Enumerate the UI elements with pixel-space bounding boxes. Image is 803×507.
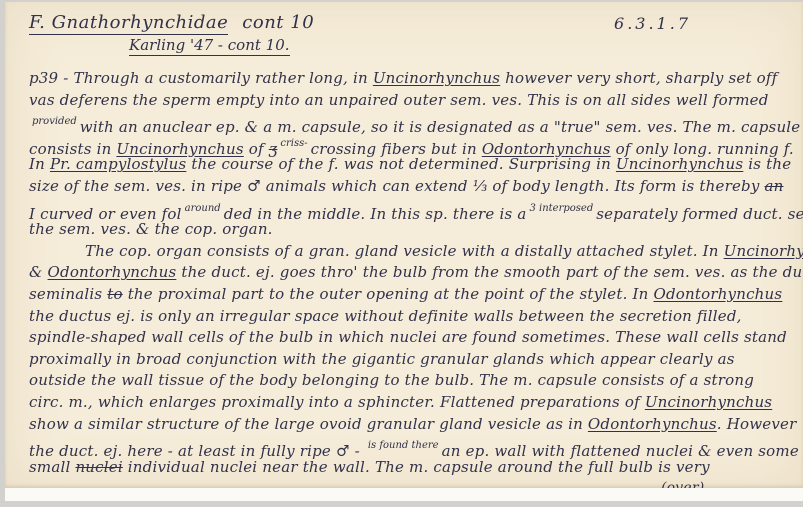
inserted-text: 3 interposed	[529, 203, 593, 214]
handwritten-line: The cop. organ consists of a gran. gland…	[29, 241, 789, 263]
text-segment: In	[29, 155, 50, 173]
text-segment: &	[29, 263, 48, 281]
scan-bottom-strip	[5, 488, 803, 501]
underlined-taxon: Uncinorhynchus	[645, 393, 772, 411]
family-name: F. Gnathorhynchidae	[29, 12, 228, 35]
handwritten-line: consists in Uncinorhynchus of ʒcriss-cro…	[29, 133, 789, 155]
text-segment: show a similar structure of the large ov…	[29, 415, 588, 433]
underlined-taxon: Odontorhynchus	[653, 285, 782, 303]
handwritten-line: proximally in broad conjunction with the…	[29, 349, 789, 371]
underlined-taxon: Odontorhynchus	[588, 415, 717, 433]
struck-text: an	[764, 177, 783, 195]
text-segment: individual nuclei near the wall. The m. …	[123, 458, 710, 476]
handwritten-line: In Pr. campylostylus the course of the f…	[29, 154, 789, 176]
underlined-taxon: Uncinorhynchus	[724, 242, 803, 260]
text-segment: is the	[743, 155, 791, 173]
underlined-taxon: Odontorhynchus	[48, 263, 177, 281]
card-header: F. Gnathorhynchidaecont 10 6.3.1.7	[29, 12, 789, 33]
catalog-number: 6.3.1.7	[614, 14, 691, 33]
text-segment: seminalis	[29, 285, 107, 303]
note-card: F. Gnathorhynchidaecont 10 6.3.1.7 Karli…	[5, 2, 803, 488]
handwritten-line: small nuclei individual nuclei near the …	[29, 457, 789, 479]
text-segment: . However	[717, 415, 797, 433]
handwritten-line: the duct. ej. here - at least in fully r…	[29, 435, 789, 457]
handwritten-line: the ductus ej. is only an irregular spac…	[29, 306, 789, 328]
text-segment: The cop. organ consists of a gran. gland…	[85, 242, 724, 260]
handwritten-line: vas deferens the sperm empty into an unp…	[29, 90, 789, 112]
scanned-page: F. Gnathorhynchidaecont 10 6.3.1.7 Karli…	[0, 0, 803, 507]
underlined-taxon: Uncinorhynchus	[373, 69, 500, 87]
handwritten-line: outside the wall tissue of the body belo…	[29, 370, 789, 392]
text-segment: the ductus ej. is only an irregular spac…	[29, 307, 742, 325]
over-note: (over)	[29, 478, 789, 488]
note-body: p39 - Through a customarily rather long,…	[29, 68, 789, 488]
handwritten-line: spindle-shaped wall cells of the bulb in…	[29, 327, 789, 349]
struck-text: nuclei	[75, 458, 122, 476]
handwritten-line: & Odontorhynchus the duct. ej. goes thro…	[29, 262, 789, 284]
handwritten-line: seminalis to the proximal part to the ou…	[29, 284, 789, 306]
handwritten-line: I curved or even folaroundded in the mid…	[29, 198, 789, 220]
text-segment: p39 - Through a customarily rather long,…	[29, 69, 373, 87]
handwritten-line: p39 - Through a customarily rather long,…	[29, 68, 789, 90]
paragraph: p39 - Through a customarily rather long,…	[29, 68, 789, 241]
text-segment: vas deferens the sperm empty into an unp…	[29, 91, 769, 109]
handwritten-line: circ. m., which enlarges proximally into…	[29, 392, 789, 414]
text-segment: however very short, sharply set off	[500, 69, 777, 87]
handwritten-line: providedwith an anuclear ep. & a m. caps…	[29, 111, 789, 133]
text-segment: the sem. ves. & the cop. organ.	[29, 220, 273, 238]
underlined-taxon: Uncinorhynchus	[616, 155, 743, 173]
source-citation-row: Karling '47 - cont 10.	[129, 36, 789, 54]
text-segment: separately formed duct. sem. between	[596, 205, 803, 223]
text-segment: the proximal part to the outer opening a…	[123, 285, 654, 303]
source-citation: Karling '47 - cont 10.	[129, 36, 290, 56]
text-segment: proximally in broad conjunction with the…	[29, 350, 735, 368]
text-segment: circ. m., which enlarges proximally into…	[29, 393, 645, 411]
text-segment: spindle-shaped wall cells of the bulb in…	[29, 328, 787, 346]
inserted-text: criss-	[280, 138, 307, 149]
text-segment: size of the sem. ves. in ripe ♂ animals …	[29, 177, 764, 195]
text-segment: the duct. ej. goes thro' the bulb from t…	[176, 263, 803, 281]
text-segment: small	[29, 458, 75, 476]
paragraph: The cop. organ consists of a gran. gland…	[29, 241, 789, 479]
handwritten-line: size of the sem. ves. in ripe ♂ animals …	[29, 176, 789, 198]
continuation-label: cont 10	[242, 12, 314, 33]
inserted-text: provided	[32, 116, 77, 127]
family-heading: F. Gnathorhynchidaecont 10	[29, 12, 314, 33]
handwritten-line: show a similar structure of the large ov…	[29, 414, 789, 436]
underlined-taxon: Pr. campylostylus	[50, 155, 186, 173]
text-segment: the course of the f. was not determined.…	[186, 155, 616, 173]
inserted-text: around	[185, 203, 221, 214]
text-segment: outside the wall tissue of the body belo…	[29, 371, 754, 389]
inserted-text: is found there	[368, 440, 439, 451]
struck-text: to	[107, 285, 122, 303]
